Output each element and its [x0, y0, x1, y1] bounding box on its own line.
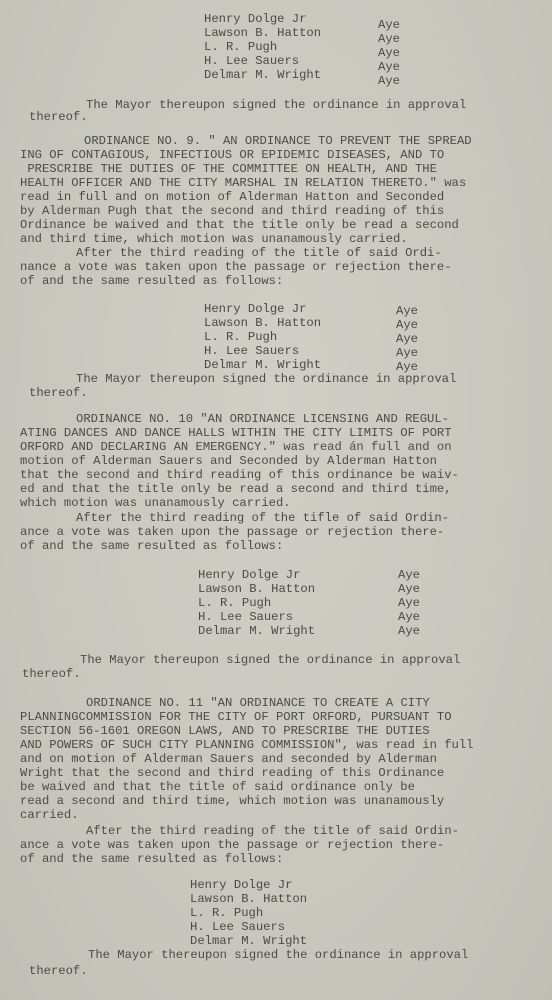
voter-name: Henry Dolge Jr — [204, 302, 306, 316]
ordinance-10-line: ed and that the title only be read a sec… — [20, 482, 452, 496]
ordinance-9-line: PRESCRIBE THE DUTIES OF THE COMMITTEE ON… — [20, 162, 437, 176]
ordinance-11-line: carried. — [20, 808, 79, 822]
voter-name: H. Lee Sauers — [198, 610, 293, 624]
voter-name: Henry Dolge Jr — [204, 12, 306, 26]
ordinance-9-line: Ordinance be waived and that the title o… — [20, 218, 459, 232]
ordinance-9-line: HEALTH OFFICER AND THE CITY MARSHAL IN R… — [20, 176, 466, 190]
ordinance-9-line: read in full and on motion of Alderman H… — [20, 190, 444, 204]
ordinance-10-line: that the second and third reading of thi… — [20, 468, 459, 482]
ordinance-10-after: of and the same resulted as follows: — [20, 539, 283, 553]
mayor-approval-1-cont: thereof. — [29, 110, 88, 124]
voter-name: Lawson B. Hatton — [204, 316, 321, 330]
mayor-approval-2-cont: thereof. — [29, 386, 88, 400]
vote-value: Aye — [378, 46, 400, 60]
vote-value: Aye — [398, 596, 420, 610]
ordinance-11-line: read a second and third time, which moti… — [20, 794, 444, 808]
ordinance-10-line: motion of Alderman Sauers and Seconded b… — [20, 454, 437, 468]
voter-name: L. R. Pugh — [190, 906, 263, 920]
ordinance-10-after: ance a vote was taken upon the passage o… — [20, 525, 444, 539]
voter-name: Delmar M. Wright — [204, 68, 321, 82]
voter-name: L. R. Pugh — [204, 40, 277, 54]
mayor-approval-1: The Mayor thereupon signed the ordinance… — [86, 98, 466, 112]
vote-value: Aye — [378, 18, 400, 32]
vote-value: Aye — [396, 304, 418, 318]
voter-name: Henry Dolge Jr — [190, 878, 292, 892]
ordinance-10-line: ATING DANCES AND DANCE HALLS WITHIN THE … — [20, 426, 452, 440]
vote-value: Aye — [396, 318, 418, 332]
voter-name: Delmar M. Wright — [198, 624, 315, 638]
ordinance-9-line: and third time, which motion was unanamo… — [20, 232, 408, 246]
ordinance-9-line: ORDINANCE NO. 9. " AN ORDINANCE TO PREVE… — [84, 134, 472, 148]
ordinance-10-after: After the third reading of the tifle of … — [76, 511, 449, 525]
ordinance-11-line: SECTION 56-1601 OREGON LAWS, AND TO PRES… — [20, 724, 430, 738]
vote-value: Aye — [398, 624, 420, 638]
mayor-approval-4: The Mayor thereupon signed the ordinance… — [88, 948, 468, 962]
voter-name: L. R. Pugh — [204, 330, 277, 344]
ordinance-11-after: After the third reading of the title of … — [86, 824, 459, 838]
ordinance-9-after: of and the same resulted as follows: — [20, 274, 283, 288]
ordinance-10-line: ORDINANCE NO. 10 "AN ORDINANCE LICENSING… — [76, 412, 449, 426]
ordinance-11-after: ance a vote was taken upon the passage o… — [20, 838, 444, 852]
mayor-approval-2: The Mayor thereupon signed the ordinance… — [76, 372, 456, 386]
ordinance-9-line: ING OF CONTAGIOUS, INFECTIOUS OR EPIDEMI… — [20, 148, 444, 162]
ordinance-10-line: ORFORD AND DECLARING AN EMERGENCY." was … — [20, 440, 452, 454]
voter-name: Lawson B. Hatton — [198, 582, 315, 596]
ordinance-11-line: and on motion of Alderman Sauers and sec… — [20, 752, 437, 766]
vote-value: Aye — [378, 74, 400, 88]
voter-name: Henry Dolge Jr — [198, 568, 300, 582]
ordinance-11-line: AND POWERS OF SUCH CITY PLANNING COMMISS… — [20, 738, 473, 752]
vote-value: Aye — [398, 582, 420, 596]
voter-name: Delmar M. Wright — [204, 358, 321, 372]
voter-name: H. Lee Sauers — [190, 920, 285, 934]
mayor-approval-4-cont: thereof. — [29, 964, 88, 978]
ordinance-11-line: be waived and that the title of said ord… — [20, 780, 415, 794]
ordinance-9-line: by Alderman Pugh that the second and thi… — [20, 204, 444, 218]
ordinance-11-line: PLANNINGCOMMISSION FOR THE CITY OF PORT … — [20, 710, 452, 724]
vote-value: Aye — [378, 60, 400, 74]
voter-name: Lawson B. Hatton — [190, 892, 307, 906]
vote-value: Aye — [378, 32, 400, 46]
ordinance-11-line: Wright that the second and third reading… — [20, 766, 444, 780]
voter-name: Delmar M. Wright — [190, 934, 307, 948]
voter-name: L. R. Pugh — [198, 596, 271, 610]
ordinance-9-after: nance a vote was taken upon the passage … — [20, 260, 452, 274]
ordinance-9-after: After the third reading of the title of … — [76, 246, 442, 260]
mayor-approval-3-cont: thereof. — [22, 667, 81, 681]
mayor-approval-3: The Mayor thereupon signed the ordinance… — [80, 653, 460, 667]
ordinance-11-line: ORDINANCE NO. 11 "AN ORDINANCE TO CREATE… — [86, 696, 430, 710]
vote-value: Aye — [396, 346, 418, 360]
vote-value: Aye — [396, 332, 418, 346]
voter-name: Lawson B. Hatton — [204, 26, 321, 40]
vote-value: Aye — [398, 610, 420, 624]
voter-name: H. Lee Sauers — [204, 344, 299, 358]
ordinance-11-after: of and the same resulted as follows: — [20, 852, 283, 866]
vote-value: Aye — [398, 568, 420, 582]
voter-name: H. Lee Sauers — [204, 54, 299, 68]
ordinance-10-line: which motion was unanamously carried. — [20, 496, 291, 510]
